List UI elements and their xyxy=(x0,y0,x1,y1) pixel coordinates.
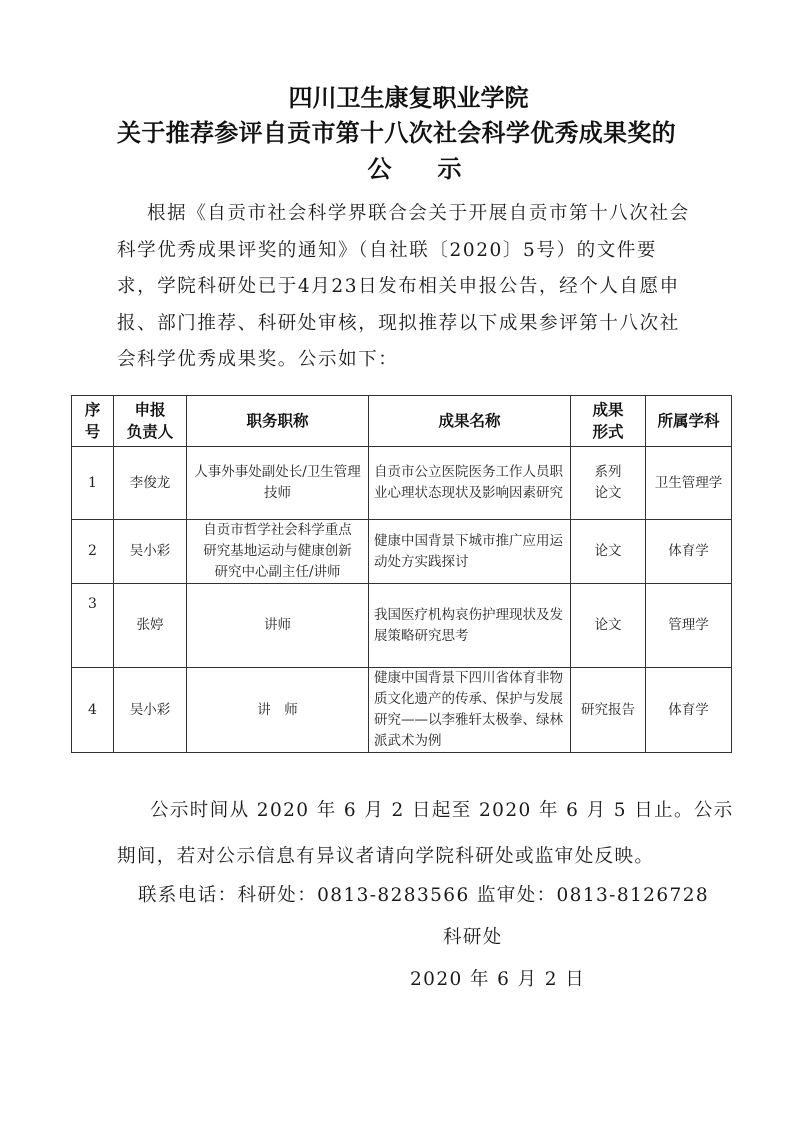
header-seq: 序号 xyxy=(72,396,114,447)
cell-seq: 1 xyxy=(72,447,114,520)
recommendation-table: 序号 申报负责人 职务职称 成果名称 成果形式 所属学科 1 李俊龙 人事外事处… xyxy=(71,395,732,753)
table-row: 4 吴小彩 讲 师 健康中国背景下四川省体育非物质文化遗产的传承、保护与发展研究… xyxy=(72,668,732,753)
cell-position: 自贡市哲学社会科学重点研究基地运动与健康创新研究中心副主任/讲师 xyxy=(187,520,369,584)
cell-seq: 3 xyxy=(72,584,114,668)
document-title-subject: 关于推荐参评自贡市第十八次社会科学优秀成果奖的 xyxy=(0,117,793,149)
table-row: 3 张婷 讲师 我国医疗机构哀伤护理现状及发展策略研究思考 论文 管理学 xyxy=(72,584,732,668)
table-row: 1 李俊龙 人事外事处副处长/卫生管理技师 自贡市公立医院医务工作人员职业心理状… xyxy=(72,447,732,520)
notice-char-1: 公 xyxy=(368,153,392,185)
document-title-institution: 四川卫生康复职业学院 xyxy=(12,82,793,114)
header-achievement: 成果名称 xyxy=(369,396,571,447)
intro-text: 根据《自贡市社会科学界联合会关于开展自贡市第十八次社会科学优秀成果评奖的通知》（… xyxy=(117,203,690,370)
cell-position: 人事外事处副处长/卫生管理技师 xyxy=(187,447,369,520)
notice-date: 2020 年 6 月 2 日 xyxy=(410,968,585,992)
cell-discipline: 体育学 xyxy=(646,520,732,584)
cell-form: 研究报告 xyxy=(571,668,646,753)
cell-achievement: 我国医疗机构哀伤护理现状及发展策略研究思考 xyxy=(369,584,571,668)
cell-discipline: 管理学 xyxy=(646,584,732,668)
table-row: 2 吴小彩 自贡市哲学社会科学重点研究基地运动与健康创新研究中心副主任/讲师 健… xyxy=(72,520,732,584)
contact-phones: 联系电话：科研处：0813-8283566 监审处：0813-8126728 xyxy=(138,884,709,908)
intro-paragraph: 根据《自贡市社会科学界联合会关于开展自贡市第十八次社会科学优秀成果评奖的通知》（… xyxy=(117,196,697,379)
cell-seq: 2 xyxy=(72,520,114,584)
cell-achievement: 健康中国背景下四川省体育非物质文化遗产的传承、保护与发展研究——以李雅轩太极拳、… xyxy=(369,668,571,753)
signer-department: 科研处 xyxy=(443,926,503,950)
cell-form: 系列论文 xyxy=(571,447,646,520)
cell-person: 张婷 xyxy=(114,584,187,668)
cell-position: 讲师 xyxy=(187,584,369,668)
cell-form: 论文 xyxy=(571,520,646,584)
header-person: 申报负责人 xyxy=(114,396,187,447)
cell-person: 吴小彩 xyxy=(114,520,187,584)
header-discipline: 所属学科 xyxy=(646,396,732,447)
cell-achievement: 健康中国背景下城市推广应用运动处方实践探讨 xyxy=(369,520,571,584)
cell-achievement: 自贡市公立医院医务工作人员职业心理状态现状及影响因素研究 xyxy=(369,447,571,520)
notice-char-2: 示 xyxy=(438,153,462,185)
cell-person: 李俊龙 xyxy=(114,447,187,520)
cell-form: 论文 xyxy=(571,584,646,668)
publicity-period-line2: 期间，若对公示信息有异议者请向学院科研处或监审处反映。 xyxy=(117,845,654,869)
header-form: 成果形式 xyxy=(571,396,646,447)
cell-discipline: 卫生管理学 xyxy=(646,447,732,520)
document-title-notice: 公示 xyxy=(18,153,793,185)
header-position: 职务职称 xyxy=(187,396,369,447)
cell-seq: 4 xyxy=(72,668,114,753)
cell-position: 讲 师 xyxy=(187,668,369,753)
cell-discipline: 体育学 xyxy=(646,668,732,753)
publicity-period-line1: 公示时间从 2020 年 6 月 2 日起至 2020 年 6 月 5 日止。公… xyxy=(150,799,734,823)
table-header-row: 序号 申报负责人 职务职称 成果名称 成果形式 所属学科 xyxy=(72,396,732,447)
cell-person: 吴小彩 xyxy=(114,668,187,753)
